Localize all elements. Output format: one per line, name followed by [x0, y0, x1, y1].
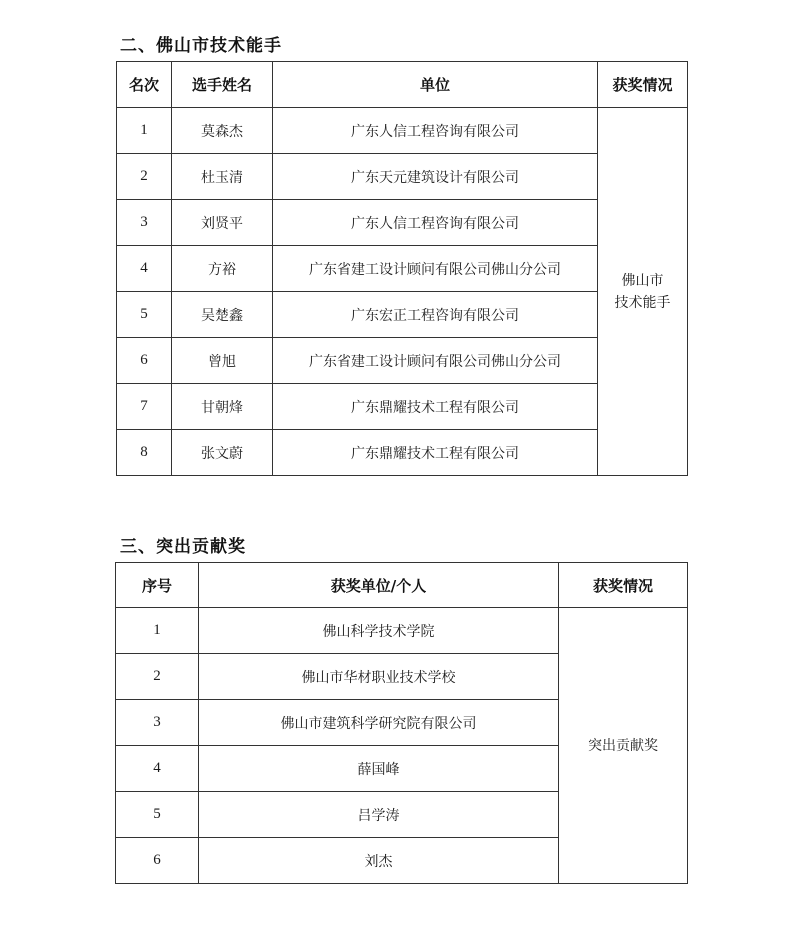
award-line-2: 技术能手 [598, 292, 687, 314]
rank-cell: 3 [117, 200, 172, 246]
no-cell: 6 [116, 838, 199, 884]
rank-cell: 1 [117, 108, 172, 154]
rank-cell: 4 [117, 246, 172, 292]
unit-cell: 广东省建工设计顾问有限公司佛山分公司 [273, 338, 598, 384]
name-cell: 曾旭 [172, 338, 273, 384]
recipient-cell: 薛国峰 [199, 746, 559, 792]
name-cell: 莫森杰 [172, 108, 273, 154]
award-cell: 佛山市 技术能手 [598, 108, 688, 476]
name-cell: 方裕 [172, 246, 273, 292]
name-cell: 刘贤平 [172, 200, 273, 246]
award-cell: 突出贡献奖 [559, 608, 688, 884]
header-award: 获奖情况 [598, 62, 688, 108]
no-cell: 1 [116, 608, 199, 654]
unit-cell: 广东鼎耀技术工程有限公司 [273, 384, 598, 430]
table-row: 1 佛山科学技术学院 突出贡献奖 [116, 608, 688, 654]
skill-experts-table: 名次 选手姓名 单位 获奖情况 1 莫森杰 广东人信工程咨询有限公司 佛山市 技… [116, 61, 688, 476]
unit-cell: 广东鼎耀技术工程有限公司 [273, 430, 598, 476]
name-cell: 吴楚鑫 [172, 292, 273, 338]
unit-cell: 广东宏正工程咨询有限公司 [273, 292, 598, 338]
recipient-cell: 佛山市华材职业技术学校 [199, 654, 559, 700]
header-recipient: 获奖单位/个人 [199, 563, 559, 608]
table-row: 1 莫森杰 广东人信工程咨询有限公司 佛山市 技术能手 [117, 108, 688, 154]
header-unit: 单位 [273, 62, 598, 108]
no-cell: 4 [116, 746, 199, 792]
header-award: 获奖情况 [559, 563, 688, 608]
name-cell: 甘朝烽 [172, 384, 273, 430]
name-cell: 杜玉清 [172, 154, 273, 200]
unit-cell: 广东人信工程咨询有限公司 [273, 200, 598, 246]
unit-cell: 广东人信工程咨询有限公司 [273, 108, 598, 154]
table-header-row: 名次 选手姓名 单位 获奖情况 [117, 62, 688, 108]
recipient-cell: 刘杰 [199, 838, 559, 884]
section-title-skill-experts: 二、佛山市技术能手 [120, 31, 282, 56]
recipient-cell: 佛山市建筑科学研究院有限公司 [199, 700, 559, 746]
rank-cell: 5 [117, 292, 172, 338]
outstanding-contribution-table: 序号 获奖单位/个人 获奖情况 1 佛山科学技术学院 突出贡献奖 2 佛山市华材… [115, 562, 688, 884]
table-header-row: 序号 获奖单位/个人 获奖情况 [116, 563, 688, 608]
rank-cell: 7 [117, 384, 172, 430]
no-cell: 2 [116, 654, 199, 700]
header-name: 选手姓名 [172, 62, 273, 108]
header-rank: 名次 [117, 62, 172, 108]
unit-cell: 广东省建工设计顾问有限公司佛山分公司 [273, 246, 598, 292]
recipient-cell: 佛山科学技术学院 [199, 608, 559, 654]
header-no: 序号 [116, 563, 199, 608]
unit-cell: 广东天元建筑设计有限公司 [273, 154, 598, 200]
no-cell: 3 [116, 700, 199, 746]
rank-cell: 2 [117, 154, 172, 200]
no-cell: 5 [116, 792, 199, 838]
recipient-cell: 吕学涛 [199, 792, 559, 838]
section-title-outstanding-contribution: 三、突出贡献奖 [120, 532, 246, 557]
name-cell: 张文蔚 [172, 430, 273, 476]
rank-cell: 6 [117, 338, 172, 384]
award-line-1: 佛山市 [598, 270, 687, 292]
rank-cell: 8 [117, 430, 172, 476]
